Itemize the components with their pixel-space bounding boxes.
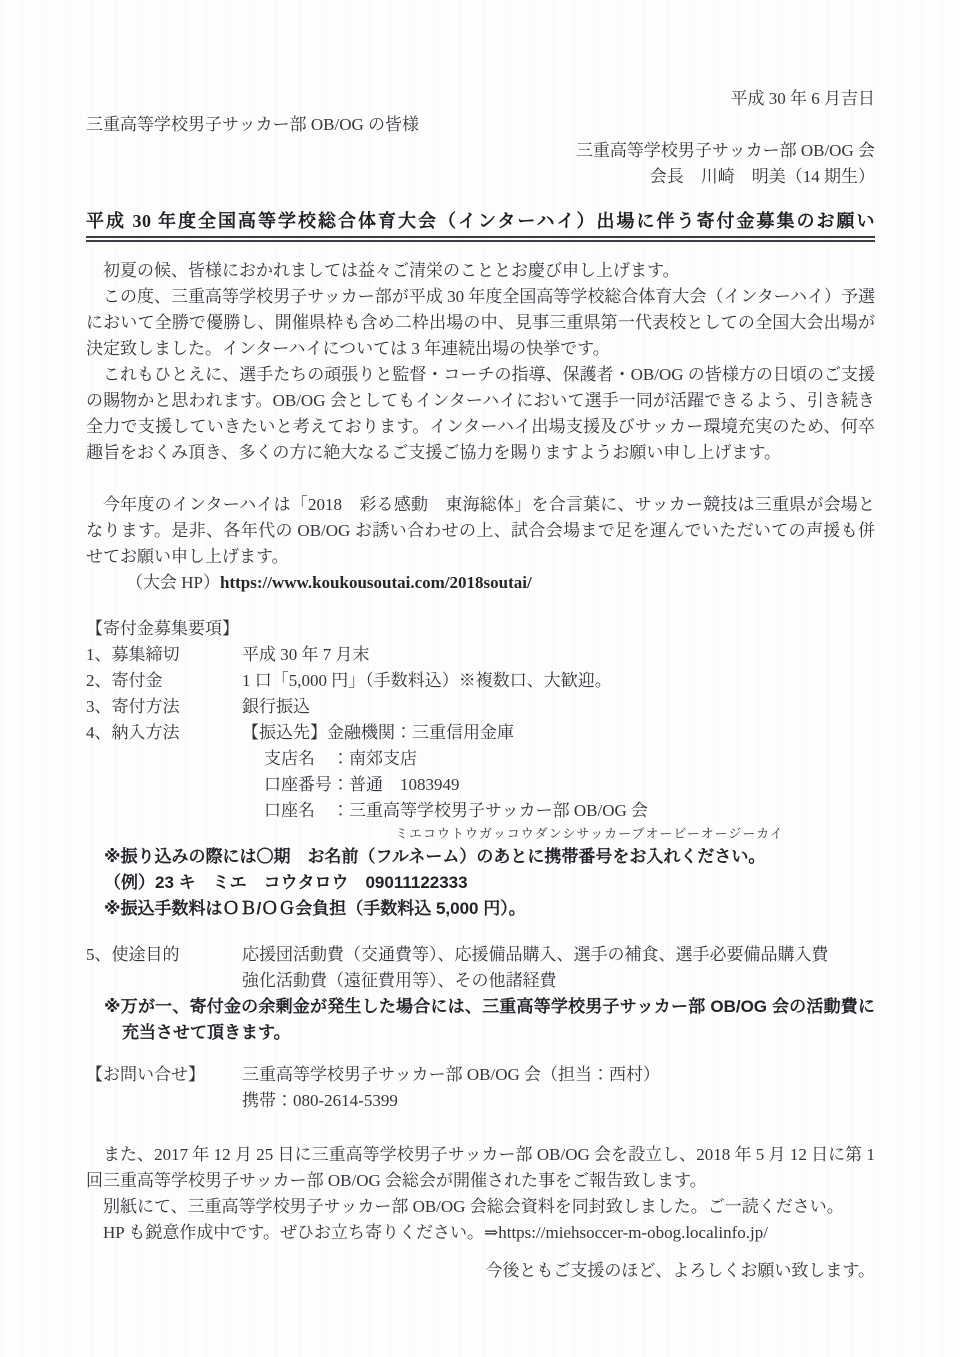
founding-paragraph: また、2017 年 12 月 25 日に三重高等学校男子サッカー部 OB/OG … bbox=[86, 1142, 875, 1194]
gratitude-paragraph: これもひとえに、選手たちの頑張りと監督・コーチの指導、保護者・OB/OG の皆様… bbox=[86, 362, 875, 466]
sender-org-line: 三重高等学校男子サッカー部 OB/OG 会 bbox=[86, 138, 875, 164]
venue-paragraph: 今年度のインターハイは「2018 彩る感動 東海総体」を合言葉に、サッカー競技は… bbox=[86, 492, 875, 570]
account-name-furigana: ミエコウトウガッコウダンシサッカーブオービーオージーカイ bbox=[395, 824, 875, 844]
guideline-item-purpose: 5、使途目的 応援団活動費（交通費等）、応援備品購入、選手の補食、選手必要備品購… bbox=[86, 942, 875, 968]
bank-branch-line: 支店名 ：南郊支店 bbox=[264, 746, 875, 772]
sender-chairman-line: 会長 川崎 明美（14 期生） bbox=[86, 164, 875, 190]
hp-paragraph-text: HP も鋭意作成中です。ぜひお立ち寄りください。⇒ bbox=[103, 1223, 498, 1242]
purpose-spacer bbox=[86, 968, 242, 994]
contact-spacer bbox=[86, 1088, 242, 1114]
account-name-line: 口座名 ：三重高等学校男子サッカー部 OB/OG 会 bbox=[264, 798, 875, 824]
purpose-line1: 応援団活動費（交通費等）、応援備品購入、選手の補食、選手必要備品購入費 bbox=[242, 942, 875, 968]
guideline-value: 1 口「5,000 円」（手数料込）※複数口、大歓迎。 bbox=[242, 668, 875, 694]
contact-heading: 【お問い合せ】 bbox=[86, 1062, 242, 1088]
announcement-paragraph: この度、三重高等学校男子サッカー部が平成 30 年度全国高等学校総合体育大会（イ… bbox=[86, 284, 875, 362]
intro-section: 初夏の候、皆様におかれましては益々ご清栄のこととお慶び申し上げます。 この度、三… bbox=[86, 258, 875, 596]
guideline-value: 銀行振込 bbox=[242, 694, 875, 720]
fee-note: ※振込手数料はＯＢ/ＯＧ会負担（手数料込 5,000 円）。 bbox=[104, 896, 875, 922]
date-line: 平成 30 年 6 月吉日 bbox=[86, 86, 875, 112]
greeting-paragraph: 初夏の候、皆様におかれましては益々ご清栄のこととお慶び申し上げます。 bbox=[86, 258, 875, 284]
guideline-label: 1、募集締切 bbox=[86, 642, 242, 668]
guideline-item-deadline: 1、募集締切 平成 30 年 7 月末 bbox=[86, 642, 875, 668]
tournament-hp-url: https://www.koukousoutai.com/2018soutai/ bbox=[220, 573, 532, 592]
obog-hp-url: https://miehsoccer-m-obog.localinfo.jp/ bbox=[498, 1223, 768, 1242]
contact-row: 【お問い合せ】 三重高等学校男子サッカー部 OB/OG 会（担当：西村） bbox=[86, 1062, 875, 1088]
surplus-note: ※万が一、寄付金の余剰金が発生した場合には、三重高等学校男子サッカー部 OB/O… bbox=[104, 994, 875, 1046]
guideline-label: 2、寄付金 bbox=[86, 668, 242, 694]
donation-guidelines-heading: 【寄付金募集要項】 bbox=[86, 616, 875, 642]
donation-guidelines-list: 1、募集締切 平成 30 年 7 月末 2、寄付金 1 口「5,000 円」（手… bbox=[86, 642, 875, 922]
guideline-label: 5、使途目的 bbox=[86, 942, 242, 968]
guideline-label: 3、寄付方法 bbox=[86, 694, 242, 720]
addressee-line: 三重高等学校男子サッカー部 OB/OG の皆様 bbox=[86, 112, 875, 138]
closing-section: また、2017 年 12 月 25 日に三重高等学校男子サッカー部 OB/OG … bbox=[86, 1142, 875, 1246]
guideline-value: 【振込先】金融機関：三重信用金庫 bbox=[242, 720, 875, 746]
transfer-example: （例）23 キ ミエ コウタロウ 09011122333 bbox=[104, 870, 875, 896]
hp-paragraph: HP も鋭意作成中です。ぜひお立ち寄りください。⇒https://miehsoc… bbox=[86, 1220, 875, 1246]
guideline-item-method: 3、寄付方法 銀行振込 bbox=[86, 694, 875, 720]
guideline-value: 平成 30 年 7 月末 bbox=[242, 642, 875, 668]
transfer-note: ※振り込みの際には〇期 お名前（フルネーム）のあとに携帯番号をお入れください。 bbox=[104, 844, 875, 870]
purpose-row2: 強化活動費（遠征費用等）、その他諸経費 bbox=[86, 968, 875, 994]
scanned-letter-page: 平成 30 年 6 月吉日 三重高等学校男子サッカー部 OB/OG の皆様 三重… bbox=[0, 0, 960, 1357]
purpose-section: 5、使途目的 応援団活動費（交通費等）、応援備品購入、選手の補食、選手必要備品購… bbox=[86, 942, 875, 1046]
enclosure-paragraph: 別紙にて、三重高等学校男子サッカー部 OB/OG 会総会資料を同封致しました。ご… bbox=[86, 1194, 875, 1220]
tournament-hp-label: （大会 HP） bbox=[126, 573, 220, 592]
bank-details: 支店名 ：南郊支店 口座番号：普通 1083949 口座名 ：三重高等学校男子サ… bbox=[264, 746, 875, 824]
contact-phone-row: 携帯：080-2614-5399 bbox=[86, 1088, 875, 1114]
guideline-item-amount: 2、寄付金 1 口「5,000 円」（手数料込）※複数口、大歓迎。 bbox=[86, 668, 875, 694]
closing-salutation: 今後ともご支援のほど、よろしくお願い致します。 bbox=[86, 1258, 875, 1284]
contact-org: 三重高等学校男子サッカー部 OB/OG 会（担当：西村） bbox=[242, 1062, 875, 1088]
guideline-item-payment: 4、納入方法 【振込先】金融機関：三重信用金庫 bbox=[86, 720, 875, 746]
document-title: 平成 30 年度全国高等学校総合体育大会（インターハイ）出場に伴う寄付金募集のお… bbox=[86, 208, 875, 242]
tournament-hp-line: （大会 HP）https://www.koukousoutai.com/2018… bbox=[126, 570, 875, 596]
contact-section: 【お問い合せ】 三重高等学校男子サッカー部 OB/OG 会（担当：西村） 携帯：… bbox=[86, 1062, 875, 1114]
contact-phone: 携帯：080-2614-5399 bbox=[242, 1088, 875, 1114]
guideline-label: 4、納入方法 bbox=[86, 720, 242, 746]
purpose-line2: 強化活動費（遠征費用等）、その他諸経費 bbox=[242, 968, 875, 994]
account-number-line: 口座番号：普通 1083949 bbox=[264, 772, 875, 798]
